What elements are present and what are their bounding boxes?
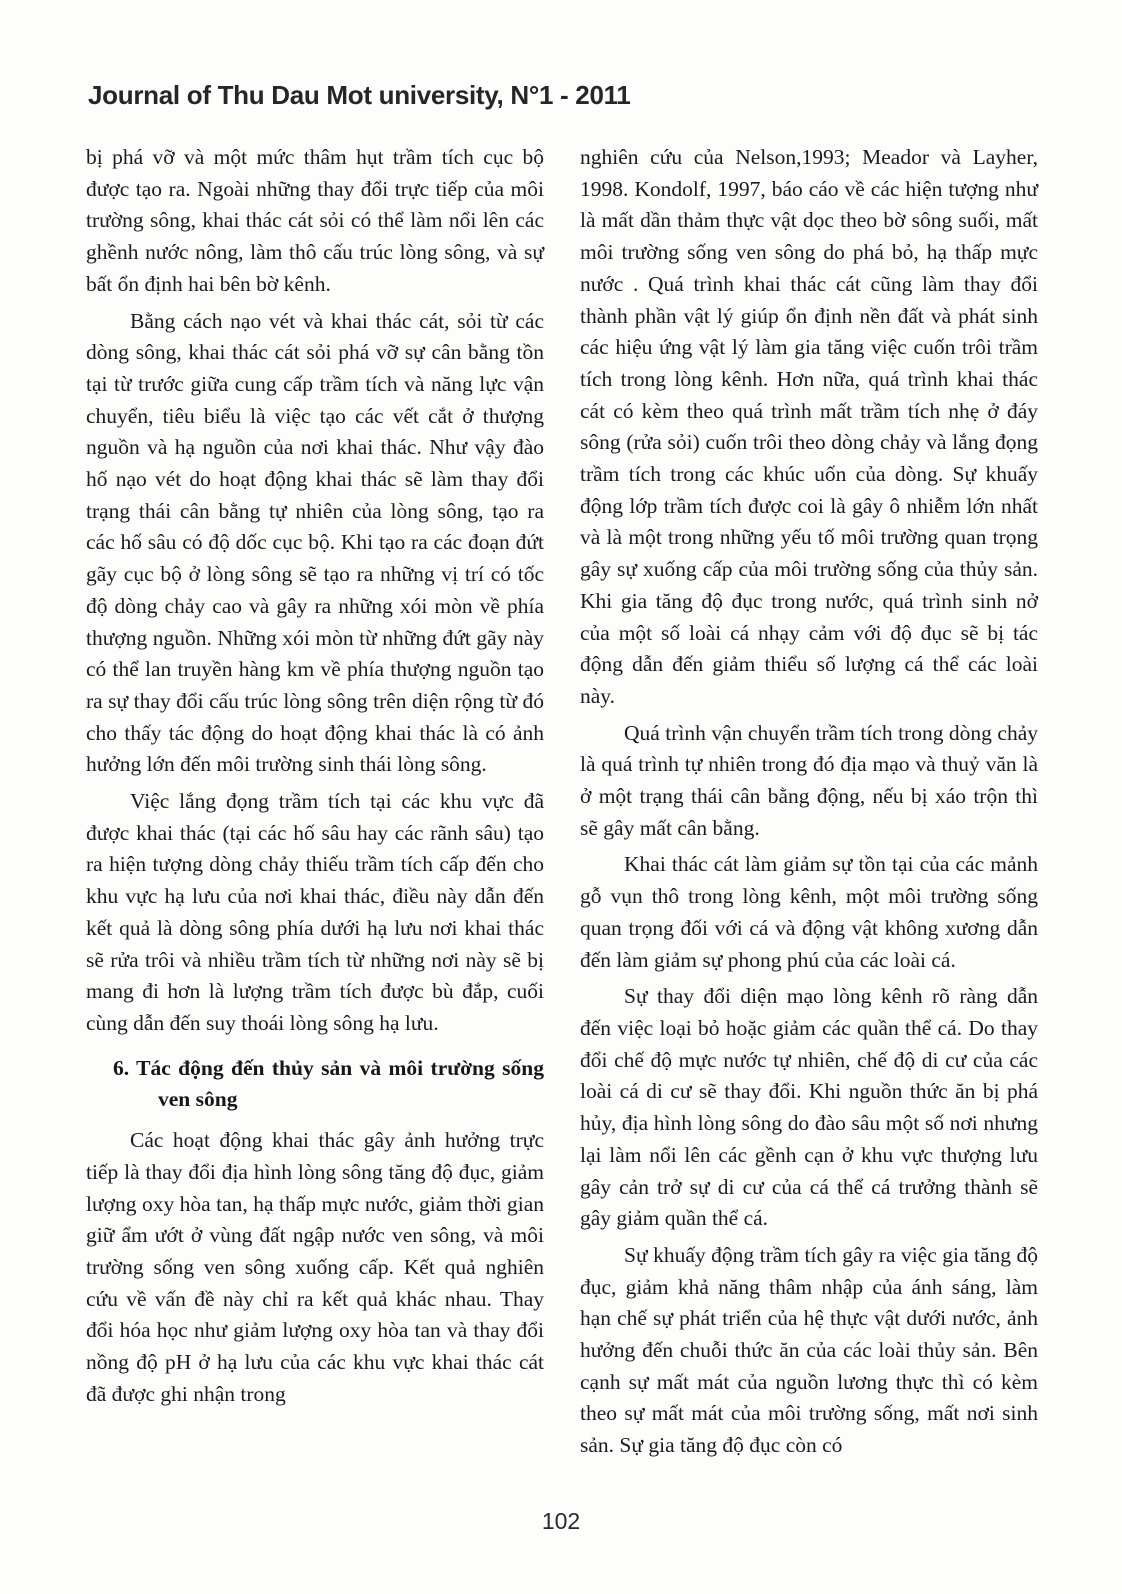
section-heading-6: 6. Tác động đến thủy sản và môi trường s…	[86, 1053, 544, 1116]
paragraph: Sự thay đổi diện mạo lòng kênh rõ ràng d…	[580, 981, 1038, 1235]
paragraph: Bằng cách nạo vét và khai thác cát, sỏi …	[86, 306, 544, 782]
paragraph-continued-from-left-column: nghiên cứu của Nelson,1993; Meador và La…	[580, 142, 1038, 713]
two-column-body: bị phá vỡ và một mức thâm hụt trầm tích …	[86, 142, 1038, 1467]
paragraph: Các hoạt động khai thác gây ảnh hưởng tr…	[86, 1125, 544, 1410]
paragraph: Việc lắng đọng trầm tích tại các khu vực…	[86, 786, 544, 1040]
page-number: 102	[0, 1508, 1122, 1535]
paragraph: Quá trình vận chuyển trầm tích trong dòn…	[580, 718, 1038, 845]
right-column: nghiên cứu của Nelson,1993; Meador và La…	[580, 142, 1038, 1467]
journal-header-title: Journal of Thu Dau Mot university, N°1 -…	[88, 80, 631, 111]
paragraph-continued-from-previous-page: bị phá vỡ và một mức thâm hụt trầm tích …	[86, 142, 544, 301]
paragraph: Sự khuấy động trầm tích gây ra việc gia …	[580, 1240, 1038, 1462]
journal-page: Journal of Thu Dau Mot university, N°1 -…	[0, 0, 1122, 1594]
left-column: bị phá vỡ và một mức thâm hụt trầm tích …	[86, 142, 544, 1467]
paragraph: Khai thác cát làm giảm sự tồn tại của cá…	[580, 849, 1038, 976]
